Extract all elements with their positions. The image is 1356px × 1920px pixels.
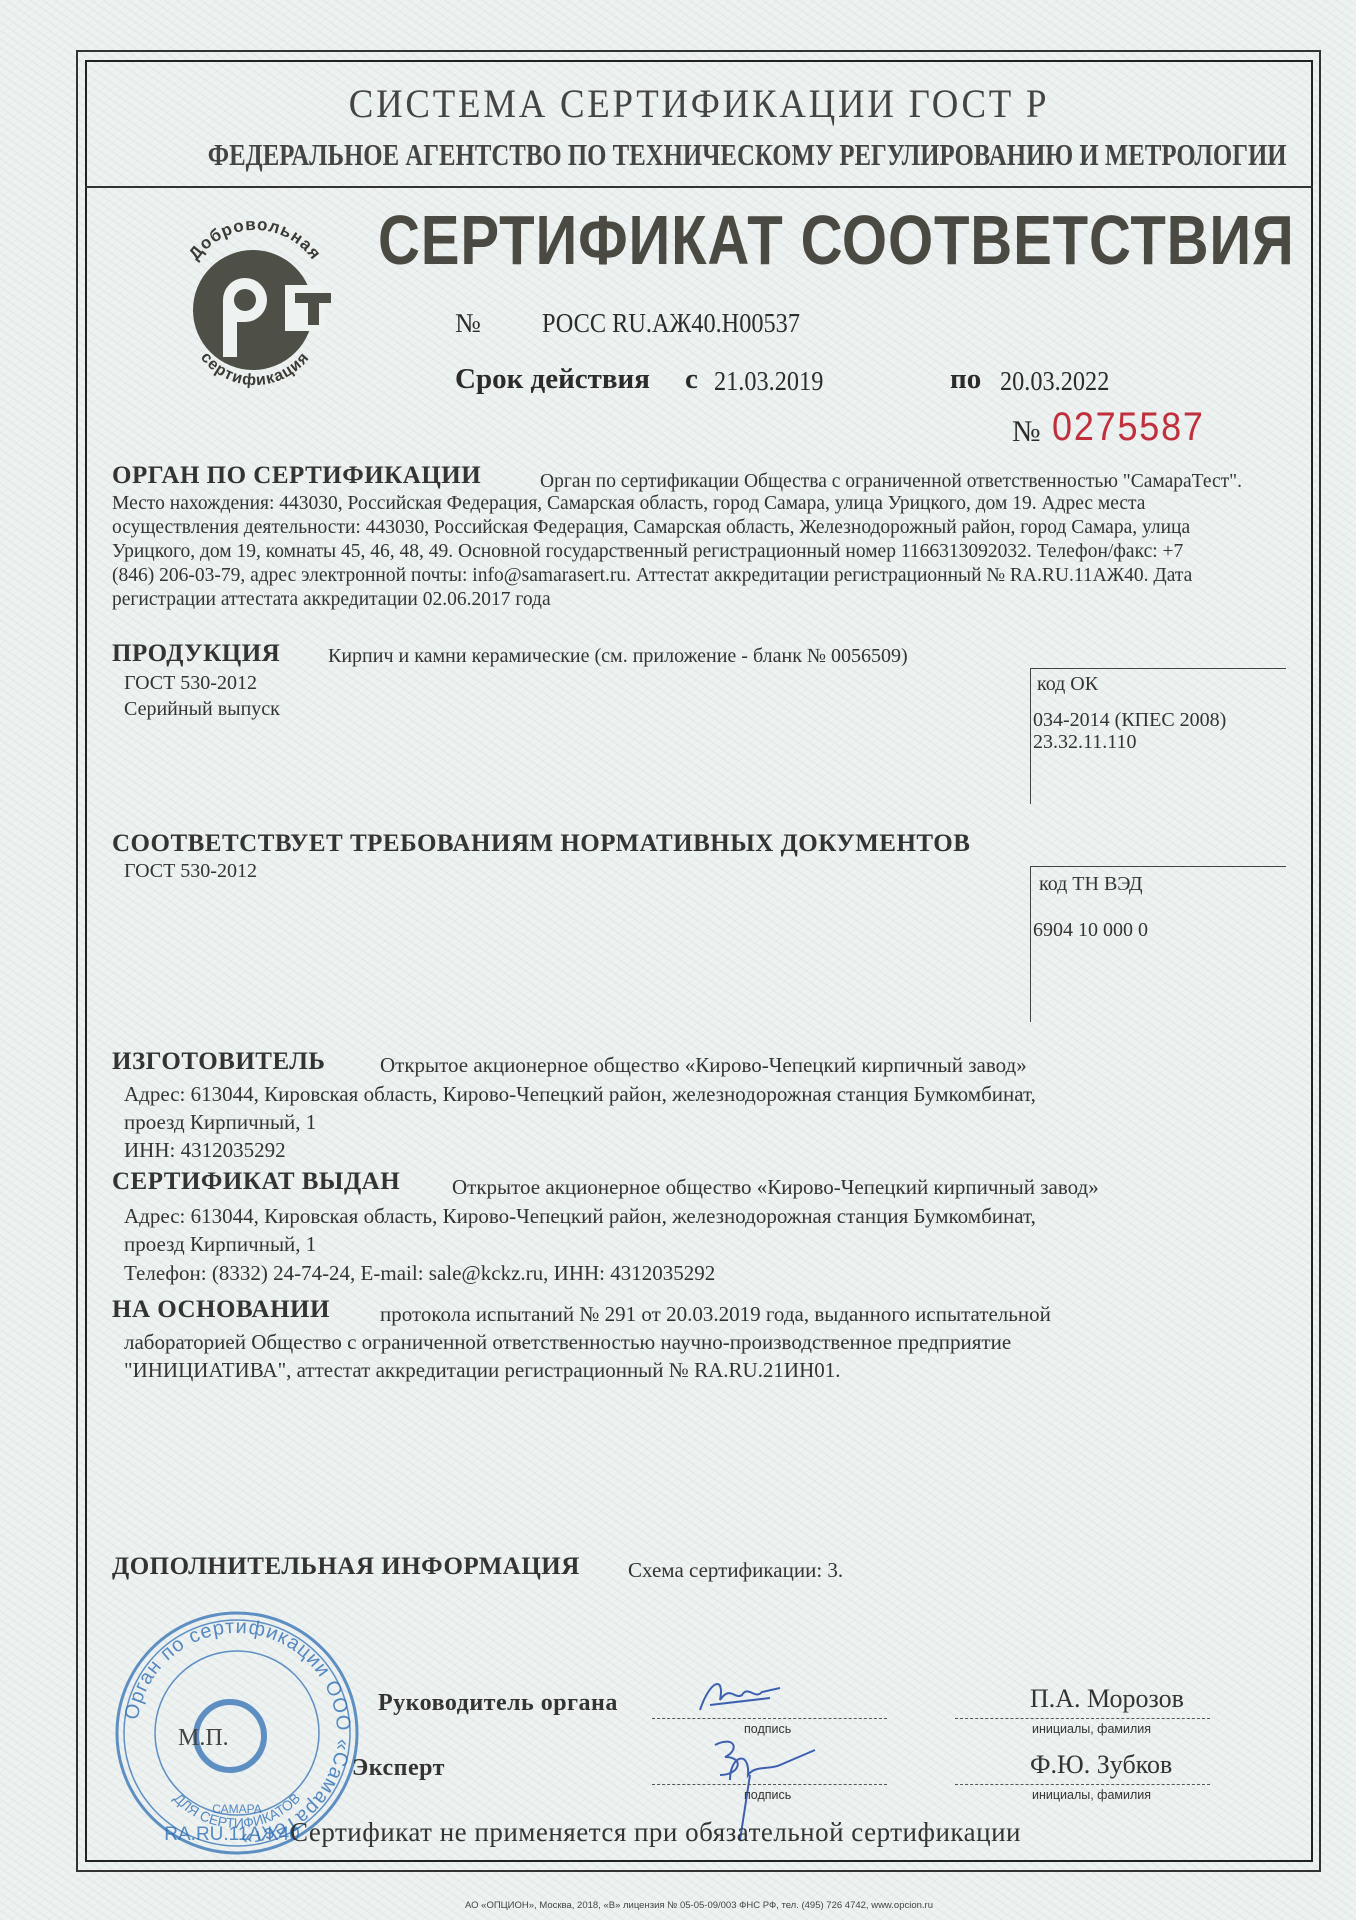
expert-label: Эксперт bbox=[352, 1755, 445, 1782]
head-signature-icon bbox=[690, 1670, 810, 1720]
product-heading: ПРОДУКЦИЯ bbox=[112, 640, 280, 668]
expert-signature-caption: подпись bbox=[744, 1788, 791, 1802]
valid-from-label: с bbox=[685, 363, 698, 396]
svg-text:RA.RU.11АЖ40: RA.RU.11АЖ40 bbox=[164, 1824, 299, 1845]
issued-to-line: Адрес: 613044, Кировская область, Кирово… bbox=[124, 1204, 1036, 1229]
stamp-place-label: М.П. bbox=[178, 1725, 229, 1752]
basis-line: "ИНИЦИАТИВА", аттестат аккредитации реги… bbox=[124, 1358, 841, 1383]
okpd-code-box: код ОК 034-2014 (КПЕС 2008) 23.32.11.110 bbox=[1030, 668, 1286, 804]
basis-heading: НА ОСНОВАНИИ bbox=[112, 1296, 330, 1324]
organ-details: Орган по сертификации Общества с огранич… bbox=[112, 492, 1292, 612]
expert-name: Ф.Ю. Зубков bbox=[1030, 1750, 1172, 1780]
head-name: П.А. Морозов bbox=[1030, 1684, 1184, 1714]
basis-line: лабораторией Общество с ограниченной отв… bbox=[124, 1330, 1011, 1355]
expert-name-caption: инициалы, фамилия bbox=[1032, 1788, 1151, 1802]
organ-line: (846) 206-03-79, адрес электронной почты… bbox=[112, 564, 1292, 588]
system-title: СИСТЕМА СЕРТИФИКАЦИИ ГОСТ Р bbox=[134, 80, 1264, 127]
blank-number-label: № bbox=[1012, 415, 1041, 449]
rst-voluntary-logo-icon: Добровольная сертификация bbox=[165, 205, 345, 395]
valid-to-date: 20.03.2022 bbox=[1000, 366, 1109, 397]
head-signature-caption: подпись bbox=[744, 1722, 791, 1736]
basis-line: протокола испытаний № 291 от 20.03.2019 … bbox=[380, 1302, 1051, 1327]
issued-to-line: проезд Кирпичный, 1 bbox=[124, 1232, 316, 1257]
manufacturer-line: проезд Кирпичный, 1 bbox=[124, 1110, 316, 1135]
manufacturer-heading: ИЗГОТОВИТЕЛЬ bbox=[112, 1048, 325, 1076]
okpd-line: 034-2014 (КПЕС 2008) bbox=[1033, 709, 1226, 732]
organ-line: регистрации аттестата аккредитации 02.06… bbox=[112, 588, 1292, 612]
manufacturer-line: ИНН: 4312035292 bbox=[124, 1138, 286, 1163]
tnved-code: 6904 10 000 0 bbox=[1033, 919, 1148, 942]
organ-line: Урицкого, дом 19, комнаты 45, 46, 48, 49… bbox=[112, 540, 1292, 564]
tnved-label: код ТН ВЭД bbox=[1039, 873, 1142, 896]
conformity-standard: ГОСТ 530-2012 bbox=[124, 860, 257, 883]
valid-to-label: по bbox=[950, 363, 981, 396]
issued-to-heading: СЕРТИФИКАТ ВЫДАН bbox=[112, 1168, 400, 1196]
agency-title: ФЕДЕРАЛЬНОЕ АГЕНТСТВО ПО ТЕХНИЧЕСКОМУ РЕ… bbox=[208, 137, 1190, 173]
svg-text:САМАРА: САМАРА bbox=[212, 1802, 262, 1816]
manufacturer-line: Адрес: 613044, Кировская область, Кирово… bbox=[124, 1082, 1036, 1107]
additional-text: Схема сертификации: 3. bbox=[628, 1558, 843, 1583]
organ-heading: ОРГАН ПО СЕРТИФИКАЦИИ bbox=[112, 462, 481, 490]
okpd-label: код ОК bbox=[1037, 673, 1098, 696]
issued-to-name: Открытое акционерное общество «Кирово-Че… bbox=[452, 1175, 1099, 1200]
expert-name-line bbox=[955, 1784, 1210, 1785]
head-of-organ-label: Руководитель органа bbox=[378, 1690, 618, 1717]
printer-info: АО «ОПЦИОН», Москва, 2018, «В» лицензия … bbox=[85, 1900, 1313, 1911]
okpd-line: 23.32.11.110 bbox=[1033, 731, 1137, 754]
registration-number: РОСС RU.АЖ40.Н00537 bbox=[542, 308, 800, 339]
valid-from-date: 21.03.2019 bbox=[714, 366, 823, 397]
header-divider bbox=[85, 186, 1313, 188]
validity-label: Срок действия bbox=[455, 363, 650, 396]
blank-number: 0275587 bbox=[1052, 405, 1205, 450]
notice-text: Сертификат не применяется при обязательн… bbox=[290, 1817, 1021, 1848]
organ-line: Орган по сертификации Общества с огранич… bbox=[540, 470, 1242, 494]
number-label: № bbox=[455, 308, 481, 339]
production-type: Серийный выпуск bbox=[124, 698, 280, 721]
product-standard: ГОСТ 530-2012 bbox=[124, 672, 257, 695]
head-name-line bbox=[955, 1718, 1210, 1719]
manufacturer-name: Открытое акционерное общество «Кирово-Че… bbox=[380, 1053, 1027, 1078]
tnved-code-box: код ТН ВЭД 6904 10 000 0 bbox=[1030, 866, 1286, 1022]
certificate-title: СЕРТИФИКАТ СООТВЕТСТВИЯ bbox=[378, 200, 1295, 280]
expert-signature-line bbox=[652, 1784, 887, 1785]
additional-heading: ДОПОЛНИТЕЛЬНАЯ ИНФОРМАЦИЯ bbox=[112, 1553, 580, 1581]
product-description: Кирпич и камни керамические (см. приложе… bbox=[328, 645, 908, 668]
issued-to-line: Телефон: (8332) 24-74-24, E-mail: sale@k… bbox=[124, 1261, 715, 1286]
conformity-heading: СООТВЕТСТВУЕТ ТРЕБОВАНИЯМ НОРМАТИВНЫХ ДО… bbox=[112, 830, 970, 858]
organ-line: Место нахождения: 443030, Российская Фед… bbox=[112, 492, 1292, 516]
head-name-caption: инициалы, фамилия bbox=[1032, 1722, 1151, 1736]
organ-line: осуществления деятельности: 443030, Росс… bbox=[112, 516, 1292, 540]
